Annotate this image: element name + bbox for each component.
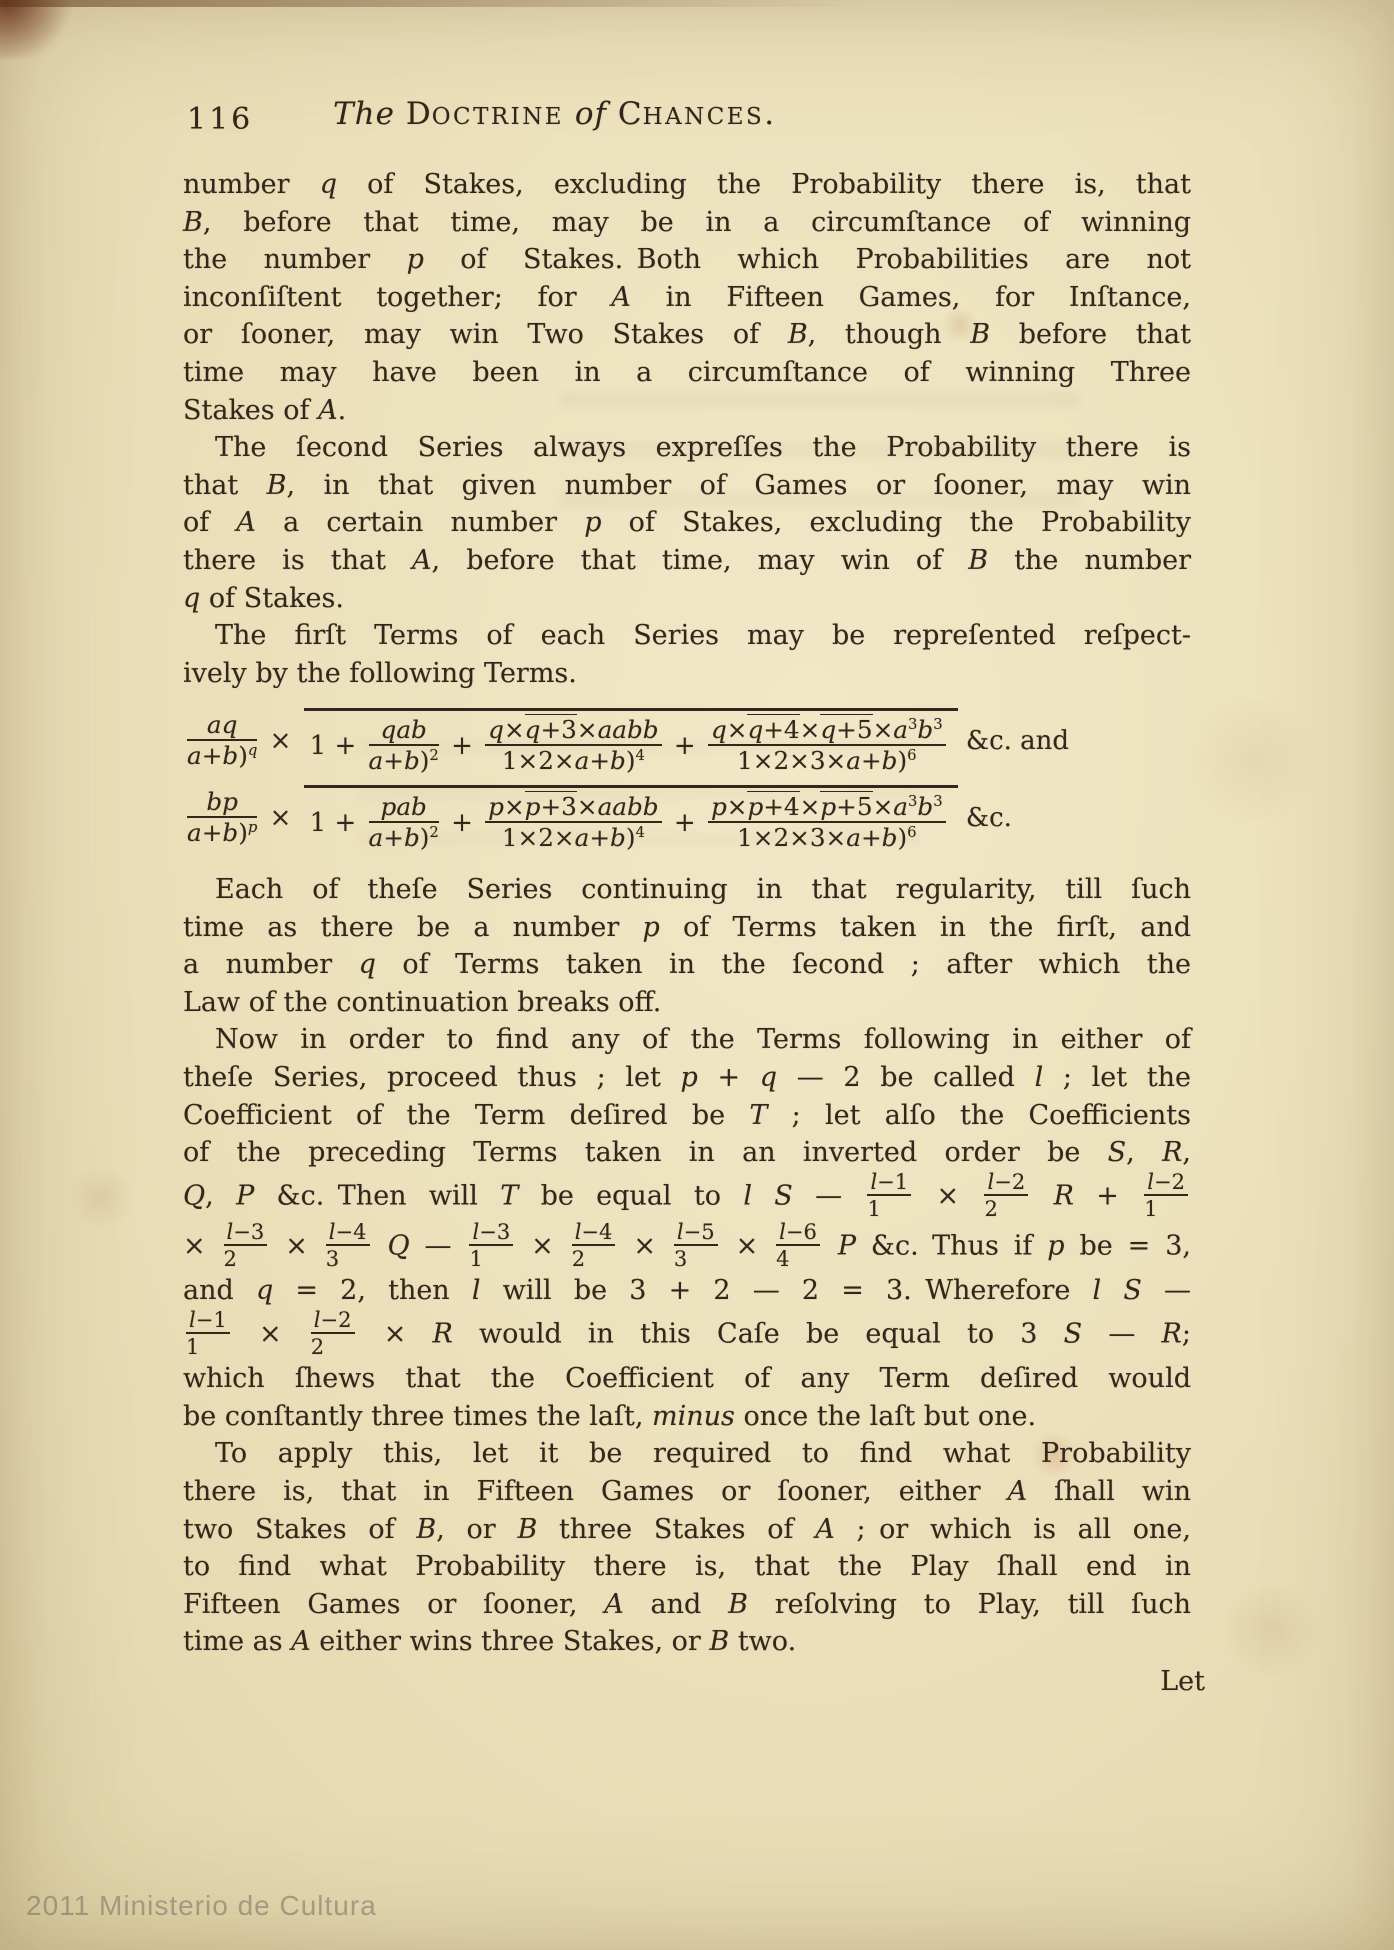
superscript: 4: [635, 824, 644, 841]
denominator: a+b)2: [369, 746, 439, 774]
italic-text: A: [236, 507, 256, 538]
page-number: 116: [187, 102, 253, 137]
small-caps-text: hances: [643, 104, 765, 130]
italic-text: A: [611, 282, 631, 313]
italic-text: l: [472, 1219, 479, 1244]
series-formula: aqa+b)q × 1 + qaba+b)2 + q×q+3×aabb1×2×a…: [183, 708, 1191, 776]
denominator: 1: [186, 1334, 230, 1358]
text-line: theſe Series, proceed thus ; let p + q —…: [183, 1059, 1191, 1097]
italic-text: b: [917, 792, 933, 821]
numerator: p×p+4×p+5×a3b3: [708, 793, 946, 823]
italic-text: p: [248, 819, 257, 836]
fraction: q×q+3×aabb1×2×a+b)4: [485, 716, 661, 774]
overline-group: p+4: [747, 791, 799, 821]
italic-text: B: [183, 207, 203, 238]
italic-text: a: [369, 823, 384, 852]
numerator: bp: [187, 788, 257, 818]
italic-text: T: [500, 1180, 518, 1211]
superscript: 6: [907, 824, 916, 841]
page-body: number q of Stakes, excluding the Probab…: [183, 166, 1191, 1661]
fraction: l−53: [674, 1220, 718, 1270]
denominator: 3: [674, 1246, 718, 1270]
italic-text: p: [680, 1062, 697, 1093]
italic-text: aq: [207, 710, 238, 739]
denominator: 1: [1144, 1196, 1188, 1220]
catchword-row: Let: [183, 1663, 1205, 1701]
italic-text: p: [711, 792, 727, 821]
paragraph: Now in order to find any of the Terms fo…: [183, 1021, 1191, 1435]
overline-group: a+b: [187, 740, 238, 770]
italic-text: a: [575, 746, 590, 775]
denominator: a+b)p: [187, 818, 257, 846]
book-page-scan: 116 The Doctrine of Chances. number q of…: [0, 0, 1394, 1950]
italic-text: B: [709, 1626, 729, 1657]
numerator: l−1: [186, 1308, 230, 1334]
overline-group: p+5: [820, 791, 872, 821]
overline-group: q+4: [747, 714, 799, 744]
italic-text: A: [318, 395, 338, 426]
italic-text: a: [187, 741, 202, 770]
italic-text: q: [747, 715, 763, 744]
watermark: 2011 Ministerio de Cultura: [26, 1890, 377, 1922]
italic-text: R: [1162, 1137, 1182, 1168]
fraction: l−11: [186, 1308, 230, 1358]
italic-text: B: [788, 319, 808, 350]
superscript: 3: [933, 716, 942, 733]
italic-text: p: [1047, 1231, 1064, 1262]
fraction: qaba+b)2: [369, 716, 439, 774]
numerator: l−2: [1144, 1170, 1188, 1196]
fraction: bpa+b)p: [187, 788, 257, 846]
italic-text: b: [222, 741, 238, 770]
paragraph: The ſecond Series always expreſſes the P…: [183, 429, 1191, 617]
italic-text: l: [575, 1219, 582, 1244]
fraction: paba+b)2: [369, 793, 439, 851]
italic-text: minus: [652, 1401, 735, 1432]
text-line: × l−32 × l−43 Q — l−31 × l−42 × l−53 × l…: [183, 1222, 1191, 1272]
vinculum-series: 1 + qaba+b)2 + q×q+3×aabb1×2×a+b)4 + q×q…: [304, 708, 958, 776]
denominator: 1×2×3×a+b)6: [708, 823, 946, 851]
text-line: time may have been in a circumſtance of …: [183, 354, 1191, 392]
text-line: the number p of Stakes. Both which Proba…: [183, 241, 1191, 279]
denominator: 1: [867, 1196, 911, 1220]
fraction: l−22: [984, 1170, 1028, 1220]
italic-text: Q: [183, 1180, 205, 1211]
italic-text: q: [820, 715, 836, 744]
italic-text: B: [968, 545, 988, 576]
italic-text: S: [1064, 1319, 1083, 1350]
italic-text: p: [820, 792, 836, 821]
numerator: q×q+3×aabb: [485, 716, 661, 746]
italic-text: b: [610, 823, 626, 852]
italic-text: qab: [381, 715, 427, 744]
paragraph: To apply this, let it be required to fin…: [183, 1435, 1191, 1661]
numerator: p×p+3×aabb: [485, 793, 661, 823]
text-line: Q, P &c. Then will T be equal to l S — l…: [183, 1172, 1191, 1222]
italic-text: B: [416, 1514, 436, 1545]
italic-text: l: [314, 1307, 321, 1332]
italic-text: B: [267, 470, 287, 501]
vinculum-series: 1 + paba+b)2 + p×p+3×aabb1×2×a+b)4 + p×p…: [304, 785, 958, 853]
italic-text: A: [1008, 1476, 1028, 1507]
italic-text: l: [227, 1219, 234, 1244]
numerator: l−2: [984, 1170, 1028, 1196]
italic-text: q: [711, 715, 727, 744]
numerator: qab: [369, 716, 439, 746]
italic-text: l: [870, 1169, 877, 1194]
italic-text: q: [320, 169, 337, 200]
italic-text: A: [291, 1626, 311, 1657]
fraction: l−22: [311, 1308, 355, 1358]
italic-text: b: [404, 823, 420, 852]
denominator: 3: [326, 1246, 370, 1270]
italic-text: l: [329, 1219, 336, 1244]
fraction: aqa+b)q: [187, 711, 257, 769]
italic-text: b: [882, 823, 898, 852]
italic-text: a: [893, 715, 908, 744]
italic-text: of: [575, 96, 607, 132]
italic-text: bp: [206, 787, 238, 816]
overline-group: q+5: [820, 714, 872, 744]
italic-text: p: [525, 792, 541, 821]
text-line: Now in order to find any of the Terms fo…: [183, 1021, 1191, 1059]
italic-text: B: [728, 1589, 748, 1620]
text-line: a number q of Terms taken in the ſecond …: [183, 946, 1191, 984]
text-line: B, before that time, may be in a circumſ…: [183, 204, 1191, 242]
numerator: l−1: [867, 1170, 911, 1196]
italic-text: a: [369, 746, 384, 775]
italic-text: q: [183, 583, 200, 614]
overline-group: a+b: [187, 817, 238, 847]
italic-text: Q: [387, 1231, 409, 1262]
text-line: time as there be a number p of Terms tak…: [183, 909, 1191, 947]
italic-text: R: [1054, 1180, 1074, 1211]
numerator: aq: [187, 711, 257, 741]
overline-group: a+b: [846, 745, 897, 775]
italic-text: l: [987, 1169, 994, 1194]
italic-text: A: [604, 1589, 624, 1620]
text-line: there is that A, before that time, may w…: [183, 542, 1191, 580]
text-line: time as A either wins three Stakes, or B…: [183, 1623, 1191, 1661]
numerator: l−6: [776, 1220, 820, 1246]
denominator: 2: [311, 1334, 355, 1358]
fraction: l−42: [572, 1220, 616, 1270]
italic-text: P: [838, 1231, 856, 1262]
italic-text: p: [488, 792, 504, 821]
italic-text: l: [189, 1307, 196, 1332]
italic-text: q: [525, 715, 541, 744]
italic-text: a: [893, 792, 908, 821]
text-line: there is, that in Fifteen Games or ſoone…: [183, 1473, 1191, 1511]
italic-text: aabb: [598, 792, 659, 821]
page-top-edge: [0, 0, 864, 7]
italic-text: q: [359, 949, 376, 980]
text-line: Fifteen Games or ſooner, A and B reſolvi…: [183, 1586, 1191, 1624]
paper-stain: [1180, 700, 1330, 820]
small-caps-text: octrine: [432, 104, 564, 130]
italic-text: l S: [743, 1180, 792, 1211]
superscript: 3: [933, 792, 942, 809]
text-line: Stakes of A.: [183, 392, 1191, 430]
fraction: l−43: [326, 1220, 370, 1270]
page-header: 116 The Doctrine of Chances.: [183, 96, 1191, 146]
numerator: l−4: [326, 1220, 370, 1246]
numerator: q×q+4×q+5×a3b3: [708, 716, 946, 746]
italic-text: pab: [381, 792, 427, 821]
italic-text: b: [917, 715, 933, 744]
numerator: l−3: [469, 1220, 513, 1246]
paper-stain: [1215, 1585, 1325, 1675]
italic-text: A: [412, 545, 432, 576]
text-line: Law of the continuation breaks off.: [183, 984, 1191, 1022]
italic-text: l: [1147, 1169, 1154, 1194]
italic-text: S: [1108, 1137, 1127, 1168]
italic-text: a: [846, 823, 861, 852]
overline-group: a+b: [369, 745, 420, 775]
italic-text: P: [236, 1180, 254, 1211]
text-line: Each of theſe Series continuing in that …: [183, 871, 1191, 909]
italic-text: B: [970, 319, 990, 350]
italic-text: l: [472, 1275, 481, 1306]
text-line: ively by the following Terms.: [183, 655, 1191, 693]
denominator: 1×2×a+b)4: [485, 746, 661, 774]
italic-text: p: [642, 912, 659, 943]
corner-stain: [0, 0, 77, 58]
italic-text: p: [584, 507, 601, 538]
superscript: 6: [907, 747, 916, 764]
paper-stain: [66, 1168, 136, 1228]
overline-group: p+3: [525, 791, 577, 821]
denominator: 1×2×3×a+b)6: [708, 746, 946, 774]
denominator: 2: [572, 1246, 616, 1270]
fraction: l−64: [776, 1220, 820, 1270]
numerator: l−3: [224, 1220, 268, 1246]
text-line: q of Stakes.: [183, 580, 1191, 618]
overline-group: a+b: [369, 822, 420, 852]
paragraph: number q of Stakes, excluding the Probab…: [183, 166, 1191, 429]
paragraph: Each of theſe Series continuing in that …: [183, 871, 1191, 1021]
italic-text: a: [187, 818, 202, 847]
italic-text: b: [222, 818, 238, 847]
numerator: l−5: [674, 1220, 718, 1246]
text-line: and q = 2, then l will be 3 + 2 — 2 = 3.…: [183, 1272, 1191, 1310]
overline-group: a+b: [575, 822, 626, 852]
running-title: The Doctrine of Chances.: [333, 96, 775, 132]
superscript: p: [248, 819, 257, 836]
fraction: p×p+4×p+5×a3b31×2×3×a+b)6: [708, 793, 946, 851]
italic-text: B: [517, 1514, 537, 1545]
italic-text: T: [749, 1100, 767, 1131]
italic-text: q: [760, 1062, 777, 1093]
superscript: q: [248, 742, 257, 759]
text-line: Coefficient of the Term deſired be T ; l…: [183, 1097, 1191, 1135]
overline-group: a+b: [846, 822, 897, 852]
denominator: a+b)2: [369, 823, 439, 851]
text-line: which ſhews that the Coefficient of any …: [183, 1360, 1191, 1398]
fraction: p×p+3×aabb1×2×a+b)4: [485, 793, 661, 851]
denominator: 1×2×a+b)4: [485, 823, 661, 851]
text-line: two Stakes of B, or B three Stakes of A …: [183, 1511, 1191, 1549]
text-column: 116 The Doctrine of Chances. number q of…: [183, 96, 1191, 1701]
italic-text: l: [677, 1219, 684, 1244]
italic-text: R: [1162, 1319, 1182, 1350]
fraction: q×q+4×q+5×a3b31×2×3×a+b)6: [708, 716, 946, 774]
italic-text: p: [747, 792, 763, 821]
denominator: 2: [224, 1246, 268, 1270]
superscript: 2: [429, 824, 438, 841]
italic-text: b: [610, 746, 626, 775]
italic-text: q: [248, 742, 257, 759]
italic-text: p: [407, 244, 424, 275]
superscript: 4: [635, 747, 644, 764]
italic-text: a: [575, 823, 590, 852]
fraction: l−21: [1144, 1170, 1188, 1220]
text-line: l−11 × l−22 × R would in this Caſe be eq…: [183, 1310, 1191, 1360]
fraction: l−11: [867, 1170, 911, 1220]
catchword: Let: [1160, 1666, 1205, 1697]
text-line: of A a certain number p of Stakes, exclu…: [183, 504, 1191, 542]
italic-text: l S: [1093, 1275, 1142, 1306]
text-line: The ſecond Series always expreſſes the P…: [183, 429, 1191, 467]
superscript: 2: [429, 747, 438, 764]
denominator: 1: [469, 1246, 513, 1270]
italic-text: a: [846, 746, 861, 775]
series-formula: bpa+b)p × 1 + paba+b)2 + p×p+3×aabb1×2×a…: [183, 785, 1191, 853]
italic-text: q: [488, 715, 504, 744]
text-line: be conſtantly three times the laſt, minu…: [183, 1398, 1191, 1436]
italic-text: A: [815, 1514, 835, 1545]
text-line: that B, in that given number of Games or…: [183, 467, 1191, 505]
numerator: pab: [369, 793, 439, 823]
denominator: 2: [984, 1196, 1028, 1220]
denominator: a+b)q: [187, 741, 257, 769]
fraction: l−32: [224, 1220, 268, 1270]
italic-text: b: [882, 746, 898, 775]
text-line: to find what Probability there is, that …: [183, 1548, 1191, 1586]
italic-text: aabb: [598, 715, 659, 744]
overline-group: q+3: [525, 714, 577, 744]
text-line: of the preceding Terms taken in an inver…: [183, 1134, 1191, 1172]
italic-text: The: [333, 96, 395, 132]
paragraph: The firſt Terms of each Series may be re…: [183, 617, 1191, 692]
text-line: inconſiſtent together; for A in Fifteen …: [183, 279, 1191, 317]
text-line: number q of Stakes, excluding the Probab…: [183, 166, 1191, 204]
italic-text: R: [433, 1319, 453, 1350]
italic-text: q: [256, 1275, 273, 1306]
text-line: The firſt Terms of each Series may be re…: [183, 617, 1191, 655]
italic-text: l: [1035, 1062, 1044, 1093]
fraction: l−31: [469, 1220, 513, 1270]
numerator: l−4: [572, 1220, 616, 1246]
italic-text: b: [404, 746, 420, 775]
numerator: l−2: [311, 1308, 355, 1334]
denominator: 4: [776, 1246, 820, 1270]
text-line: To apply this, let it be required to fin…: [183, 1435, 1191, 1473]
overline-group: a+b: [575, 745, 626, 775]
text-line: or ſooner, may win Two Stakes of B, thou…: [183, 316, 1191, 354]
italic-text: l: [779, 1219, 786, 1244]
